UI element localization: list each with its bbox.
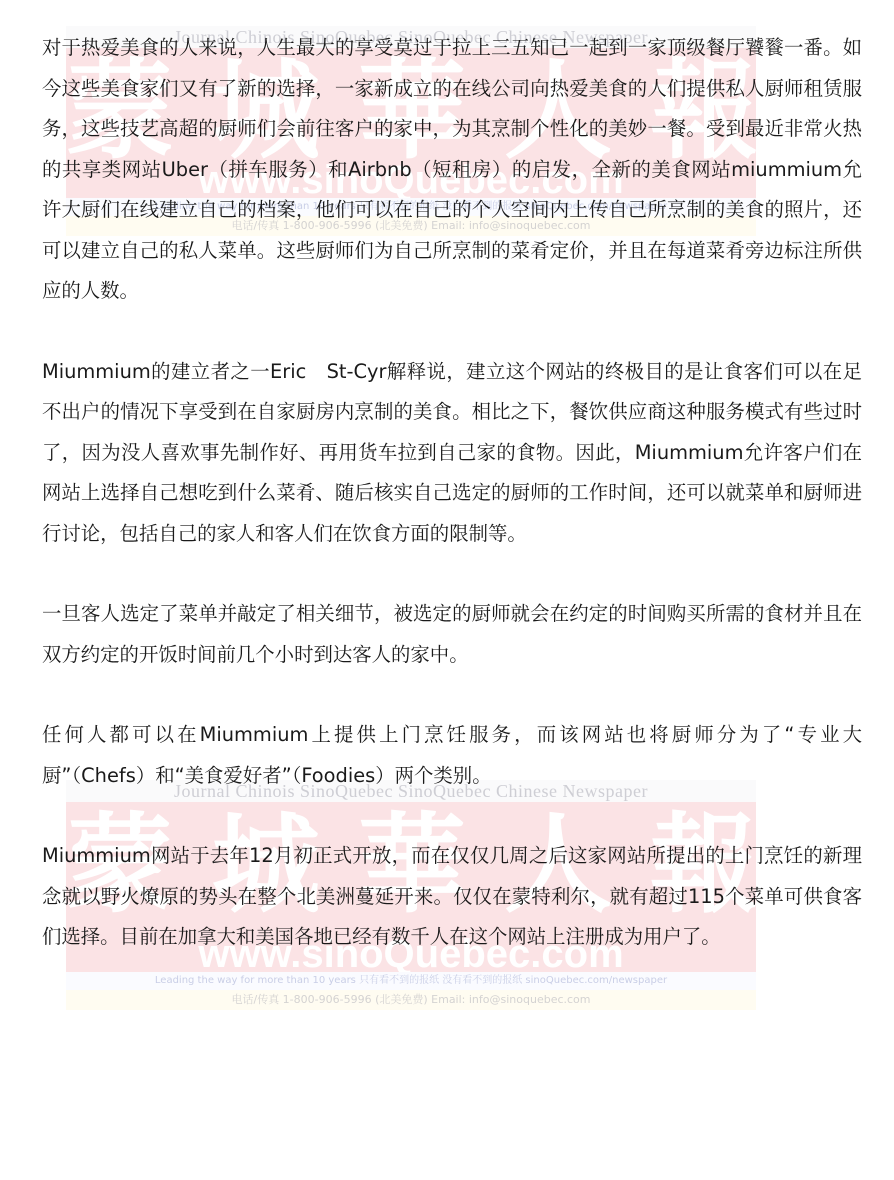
watermark-footer: 电话/传真 1-800-906-5996 (北美免费) Email: info@…: [66, 990, 756, 1010]
watermark-tagline: Leading the way for more than 10 years 只…: [66, 972, 756, 990]
article-body: 对于热爱美食的人来说，人生最大的享受莫过于拉上三五知己一起到一家顶级餐厅饕餮一番…: [42, 28, 862, 958]
paragraph-growth: Miummium网站于去年12月初正式开放，而在仅仅几周之后这家网站所提出的上门…: [42, 836, 862, 958]
paragraph-founder: Miummium的建立者之一Eric St-Cyr解释说，建立这个网站的终极目的…: [42, 352, 862, 555]
paragraph-categories: 任何人都可以在Miummium上提供上门烹饪服务，而该网站也将厨师分为了“专业大…: [42, 715, 862, 796]
paragraph-process: 一旦客人选定了菜单并敲定了相关细节，被选定的厨师就会在约定的时间购买所需的食材并…: [42, 594, 862, 675]
paragraph-intro: 对于热爱美食的人来说，人生最大的享受莫过于拉上三五知己一起到一家顶级餐厅饕餮一番…: [42, 28, 862, 312]
